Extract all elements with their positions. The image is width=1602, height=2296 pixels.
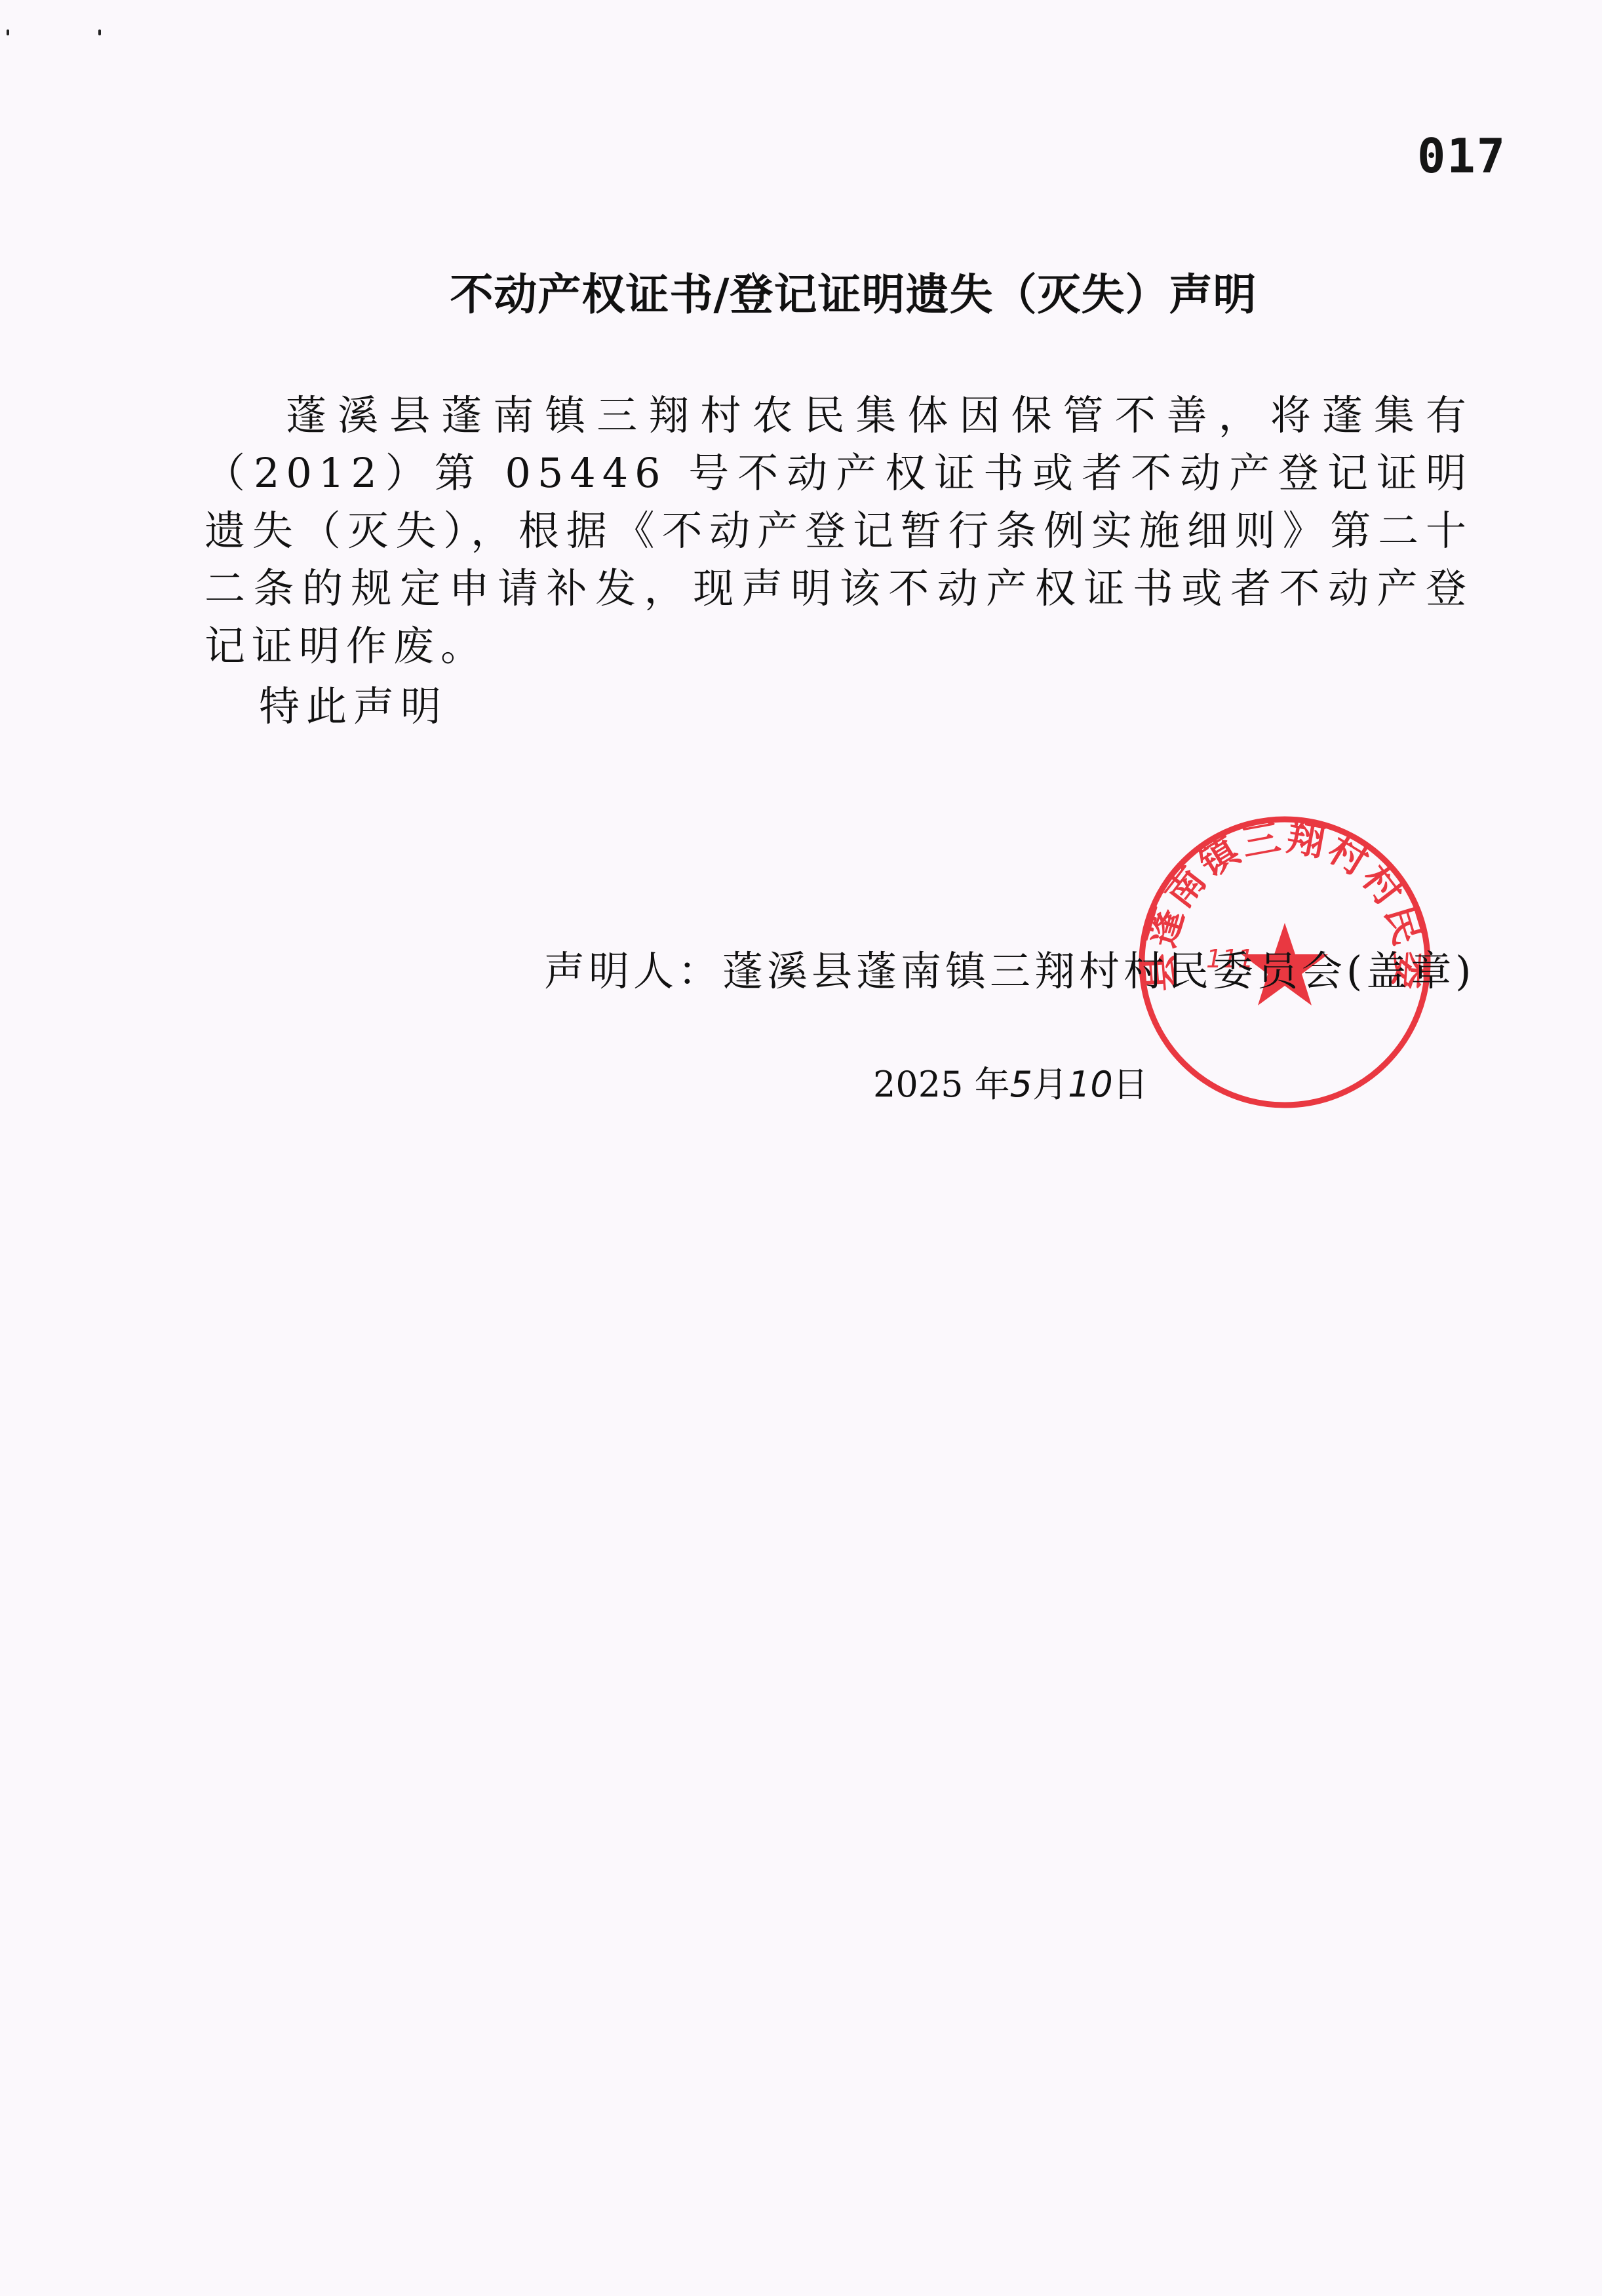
declarant-signature: 声明人：蓬溪县蓬南镇三翔村村民委员会(盖章) xyxy=(544,939,1475,997)
seal-note: (盖章) xyxy=(1346,947,1475,995)
closing-statement: 特此声明 xyxy=(259,678,448,735)
scan-speck xyxy=(7,29,9,35)
date-day-handwritten: 10 xyxy=(1068,1064,1113,1105)
declaration-body: 蓬溪县蓬南镇三翔村农民集体因保管不善，将蓬集有（2012）第 05446 号不动… xyxy=(205,387,1473,675)
declarant-label: 声明人： xyxy=(544,947,722,995)
scan-speck xyxy=(98,29,101,35)
date-year: 2025 xyxy=(873,1064,963,1105)
date-month-handwritten: 5 xyxy=(1010,1064,1032,1105)
declaration-date: 2025 年5月10日 xyxy=(873,1057,1148,1107)
declarant-name: 蓬溪县蓬南镇三翔村村民委员会 xyxy=(722,947,1346,995)
document-title: 不动产权证书/登记证明遗失（灭失）声明 xyxy=(0,260,1602,322)
page-number: 017 xyxy=(1417,128,1506,184)
declaration-paragraph: 蓬溪县蓬南镇三翔村农民集体因保管不善，将蓬集有（2012）第 05446 号不动… xyxy=(205,387,1473,675)
